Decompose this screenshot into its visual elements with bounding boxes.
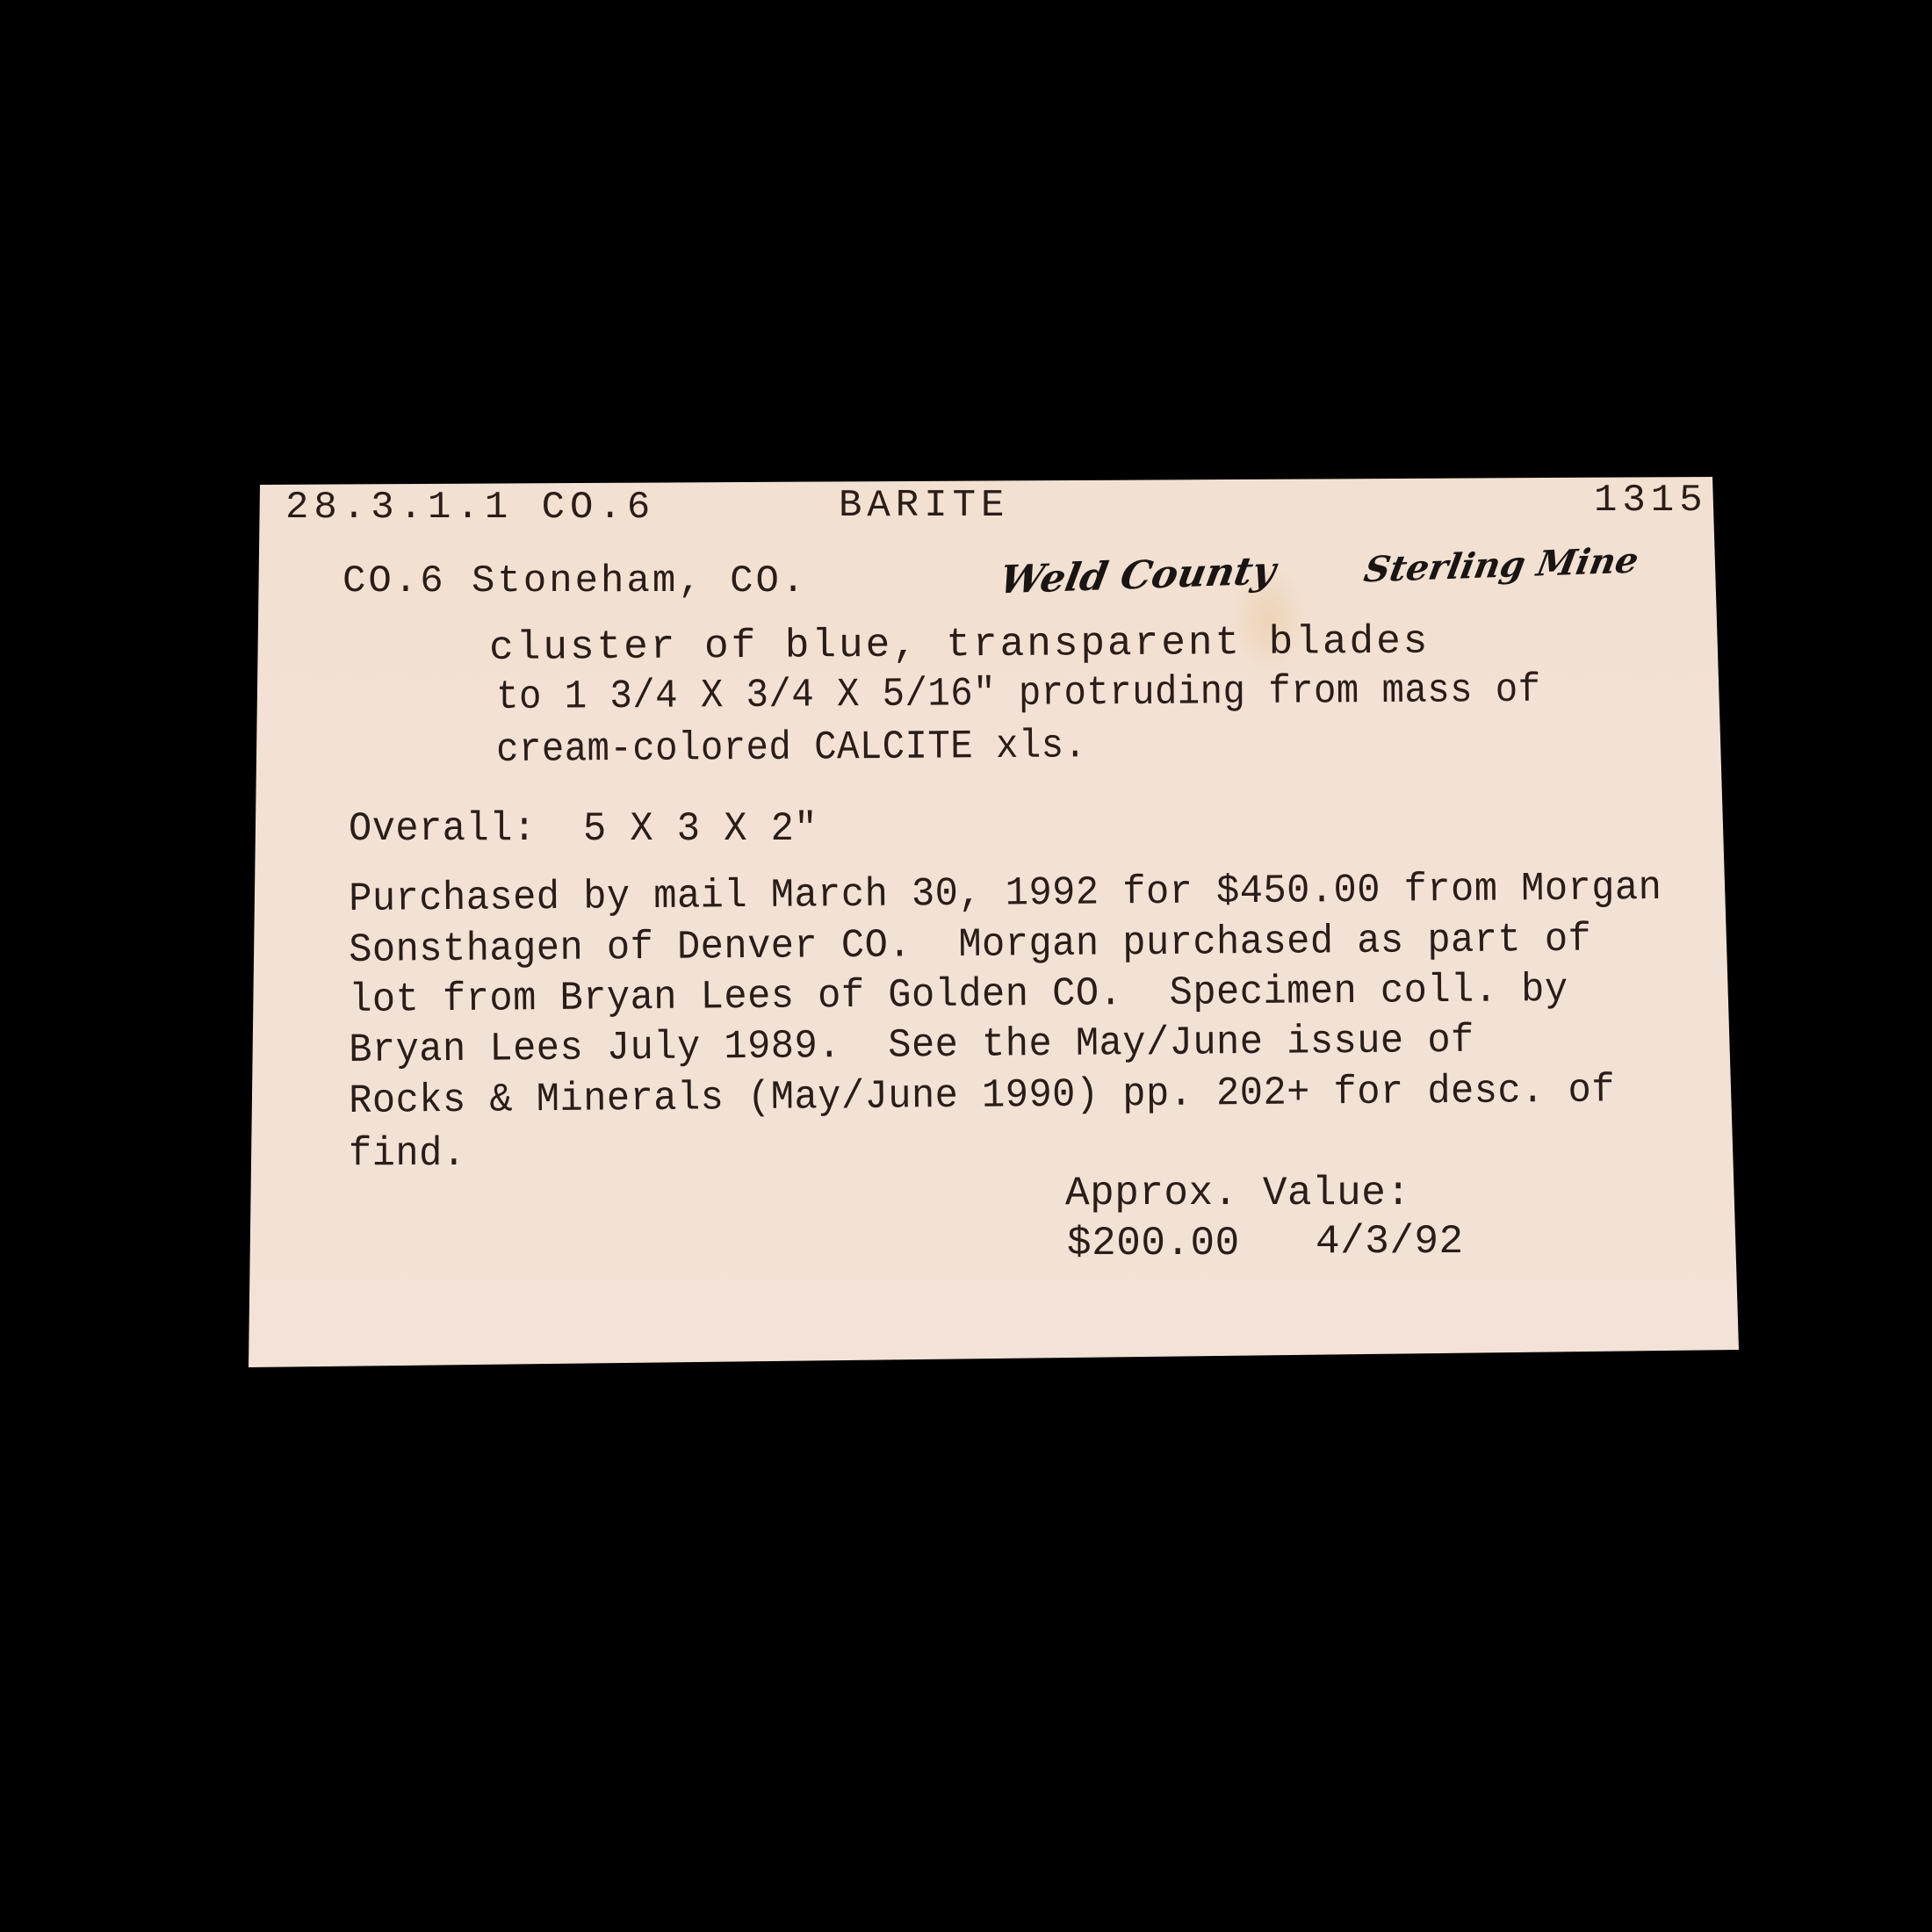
overall-dimensions: Overall: 5 X 3 X 2" bbox=[349, 806, 818, 852]
mineral-name: BARITE bbox=[839, 484, 1009, 528]
value-date: 4/3/92 bbox=[1316, 1219, 1464, 1265]
locality: CO.6 Stoneham, CO. bbox=[342, 559, 807, 603]
provenance-line-6: find. bbox=[349, 1131, 466, 1177]
description-line-1: cluster of blue, transparent blades bbox=[489, 619, 1431, 671]
description-line-2: to 1 3/4 X 3/4 X 5/16" protruding from m… bbox=[496, 667, 1541, 720]
approx-value-label: Approx. Value: bbox=[1065, 1171, 1410, 1216]
specimen-number: 1315 bbox=[1594, 479, 1708, 523]
approx-value: $200.00 bbox=[1067, 1221, 1240, 1266]
description-line-3: cream-colored CALCITE xls. bbox=[496, 723, 1087, 773]
catalog-code: 28.3.1.1 CO.6 bbox=[285, 486, 655, 530]
